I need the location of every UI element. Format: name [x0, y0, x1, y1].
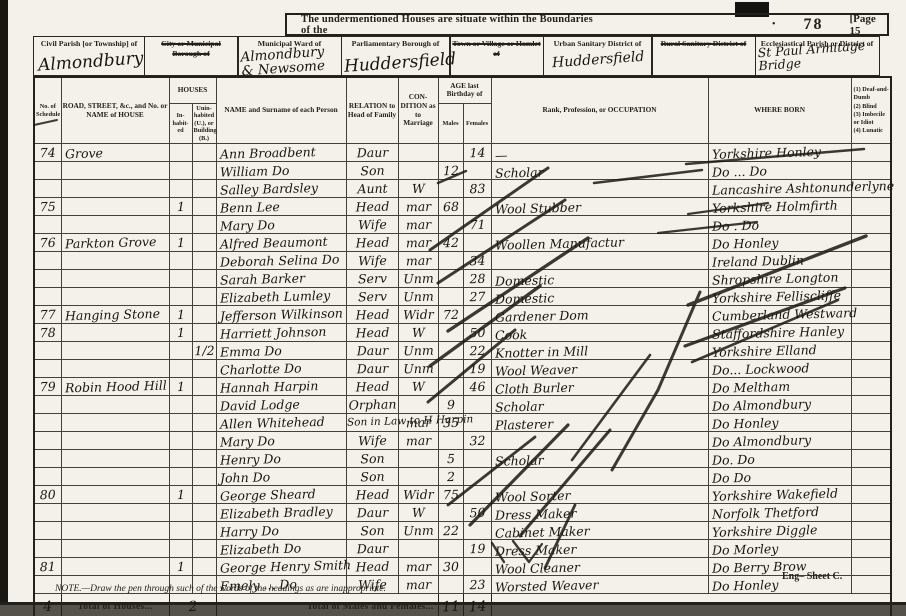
cell-condition: mar — [398, 432, 438, 450]
footnote: NOTE.—Draw the pen through such of the w… — [55, 584, 386, 594]
cell-value — [193, 224, 216, 225]
cell-uninhabited — [192, 450, 216, 468]
cell-age-m: 30 — [438, 558, 463, 576]
cell-value — [62, 223, 169, 226]
cell-uninhabited — [192, 216, 216, 234]
cell-infirmity — [851, 468, 891, 486]
cell-value — [193, 206, 216, 207]
parliamentary-borough-value: Huddersfield — [343, 51, 456, 76]
cell-infirmity — [851, 234, 891, 252]
cell-value: 12 — [438, 164, 462, 178]
cell-value — [170, 530, 192, 531]
municipal-ward-value: Almondbury & Newsome — [240, 45, 342, 79]
total-houses-label: Total of Houses... — [61, 594, 169, 616]
cell-occupation: Domestic — [491, 288, 708, 306]
cell-born: Yorkshire Felliscliffe — [708, 288, 851, 306]
cell-value: George Henry Smith — [216, 559, 345, 575]
cell-relation: Son — [346, 468, 398, 486]
cell-road — [61, 198, 169, 216]
cell-value — [464, 314, 491, 315]
cell-value: 14 — [463, 146, 490, 160]
cell-age-f — [463, 558, 491, 576]
cell-value — [62, 277, 169, 280]
cell-name: Alfred Beaumont — [216, 234, 346, 252]
cell-value: 76 — [35, 236, 61, 250]
rural-sanitary-box: Rural Sanitary District of — [651, 36, 756, 76]
cell-value: Head — [346, 488, 397, 502]
cell-value — [464, 566, 491, 567]
cell-value — [852, 386, 890, 387]
cell-value — [193, 170, 216, 171]
cell-value: Son — [346, 470, 397, 484]
cell-value: Yorkshire Diggle — [708, 522, 850, 539]
cell-condition: mar — [398, 558, 438, 576]
table-row: Charlotte DoDaurUnm19Wool WeaverDo... Lo… — [34, 360, 891, 378]
cell-road: Hanging Stone — [61, 306, 169, 324]
table-row: 76Parkton Grove1Alfred BeaumontHeadmar42… — [34, 234, 891, 252]
cell-age-f: 19 — [463, 360, 491, 378]
cell-value: 75 — [438, 488, 462, 502]
cell-age-m: 72 — [438, 306, 463, 324]
cell-age-m — [438, 288, 463, 306]
cell-inhabited: 1 — [169, 234, 192, 252]
cell-value: Do. Do — [708, 450, 850, 467]
cell-value: mar — [398, 578, 437, 592]
cell-age-f: 27 — [463, 288, 491, 306]
cell-occupation: Scholar — [491, 396, 708, 414]
cell-infirmity — [851, 396, 891, 414]
cell-condition: W — [398, 504, 438, 522]
cell-value — [852, 368, 890, 369]
cell-inhabited: 1 — [169, 378, 192, 396]
cell-infirmity — [851, 558, 891, 576]
cell-value: Domestic — [491, 287, 707, 306]
header-schedule: No. of Schedule — [34, 77, 61, 144]
cell-age-m — [438, 504, 463, 522]
cell-road — [61, 252, 169, 270]
cell-value: Unm — [398, 272, 437, 286]
cell-value: 83 — [463, 182, 490, 196]
cell-value: Do... Lockwood — [708, 360, 850, 377]
cell-road — [61, 558, 169, 576]
cell-value: Do Honley — [708, 414, 850, 431]
table-row: Sarah BarkerServUnm28DomesticShropshire … — [34, 270, 891, 288]
cell-condition: mar — [398, 414, 438, 432]
cell-value — [193, 530, 216, 531]
cell-inhabited — [169, 468, 192, 486]
cell-value — [852, 242, 890, 243]
cell-born: Do Honley — [708, 234, 851, 252]
cell-age-f: 32 — [463, 432, 491, 450]
location-header: Civil Parish [or Township] of Almondbury… — [33, 36, 890, 76]
cell-born: Cumberland Westward — [708, 306, 851, 324]
cell-value: Dress Maker — [491, 539, 707, 558]
cell-schedule — [34, 504, 61, 522]
cell-occupation: Cook — [491, 324, 708, 342]
cell-value — [62, 421, 169, 424]
total-males-cell: 11 — [438, 594, 463, 616]
cell-value — [852, 458, 890, 459]
table-row: Henry DoSon5ScholarDo. Do — [34, 450, 891, 468]
cell-age-m — [438, 576, 463, 594]
cell-inhabited — [169, 144, 192, 162]
cell-value — [439, 260, 463, 261]
cell-value — [35, 422, 60, 423]
cell-age-f — [463, 396, 491, 414]
cell-age-m — [438, 270, 463, 288]
cell-occupation — [491, 180, 708, 198]
cell-value: mar — [398, 200, 437, 214]
cell-value: 74 — [35, 146, 61, 160]
cell-value: Unm — [398, 344, 437, 358]
cell-value — [193, 188, 216, 189]
cell-inhabited: 1 — [169, 486, 192, 504]
cell-value — [193, 566, 216, 567]
cell-inhabited — [169, 396, 192, 414]
cell-value — [193, 368, 216, 369]
cell-name: Emma Do — [216, 342, 346, 360]
cell-value: Ireland Dublin — [708, 252, 850, 269]
header-age: AGE last Birthday of — [438, 77, 491, 103]
cell-occupation: Dress Maker — [491, 540, 708, 558]
cell-relation: Head — [346, 234, 398, 252]
cell-inhabited — [169, 450, 192, 468]
cell-condition — [398, 468, 438, 486]
cell-infirmity — [851, 216, 891, 234]
cell-uninhabited — [192, 324, 216, 342]
cell-relation: Head — [346, 486, 398, 504]
cell-occupation: Dress Maker — [491, 504, 708, 522]
cell-occupation: Cloth Burler — [491, 378, 708, 396]
cell-value: 79 — [35, 380, 61, 394]
cell-age-m: 2 — [438, 468, 463, 486]
scan-edge-left — [0, 0, 8, 616]
cell-uninhabited — [192, 162, 216, 180]
cell-occupation: Worsted Weaver — [491, 576, 708, 594]
cell-condition: Widr — [398, 306, 438, 324]
cell-relation: Aunt — [346, 180, 398, 198]
cell-infirmity — [851, 288, 891, 306]
cell-value: mar — [398, 236, 437, 250]
cell-value — [439, 350, 463, 351]
cell-age-f: 14 — [463, 144, 491, 162]
cell-occupation — [491, 252, 708, 270]
cell-inhabited: 1 — [169, 558, 192, 576]
cell-value — [170, 368, 192, 369]
cell-value: Charlotte Do — [216, 361, 345, 377]
cell-name: George Sheard — [216, 486, 346, 504]
cell-value: 32 — [463, 434, 490, 448]
cell-value: Shropshire Longton — [708, 270, 850, 287]
cell-value: Yorkshire Holmfirth — [708, 198, 850, 215]
cell-value — [439, 548, 463, 549]
cell-value: Worsted Weaver — [491, 575, 707, 594]
cell-schedule: 77 — [34, 306, 61, 324]
cell-uninhabited — [192, 378, 216, 396]
cell-value: Domestic — [491, 269, 707, 288]
municipal-borough-label: City or Municipal Borough of — [145, 37, 238, 58]
cell-name: Benn Lee — [216, 198, 346, 216]
sheet-label: Eng– Sheet C. — [782, 571, 842, 582]
cell-value: Scholar — [491, 395, 707, 414]
cell-condition: mar — [398, 234, 438, 252]
cell-relation: Head — [346, 378, 398, 396]
cell-value: mar — [398, 434, 437, 448]
cell-uninhabited — [192, 234, 216, 252]
cell-value: 28 — [463, 272, 490, 286]
cell-infirmity — [851, 270, 891, 288]
cell-value: Alfred Beaumont — [216, 235, 345, 251]
cell-schedule: 79 — [34, 378, 61, 396]
table-row: Elizabeth BradleyDaurW50Dress MakerNorfo… — [34, 504, 891, 522]
cell-condition — [398, 396, 438, 414]
cell-age-m — [438, 252, 463, 270]
cell-age-m: 42 — [438, 234, 463, 252]
cell-age-m — [438, 540, 463, 558]
cell-value — [193, 404, 216, 405]
census-table-foot: 4 Total of Houses... 2 Total of Males an… — [34, 594, 891, 616]
cell-born: Do ... Do — [708, 162, 851, 180]
cell-value: Deborah Selina Do — [216, 253, 345, 269]
cell-value — [35, 368, 60, 369]
cell-value — [170, 296, 192, 297]
cell-infirmity — [851, 324, 891, 342]
cell-occupation: Scholar — [491, 162, 708, 180]
cell-relation: Serv — [346, 270, 398, 288]
cell-value — [62, 403, 169, 406]
cell-value: Elizabeth Do — [216, 541, 345, 557]
cell-name: Mary Do — [216, 432, 346, 450]
cell-condition — [398, 162, 438, 180]
urban-sanitary-value: Huddersfield — [551, 50, 644, 70]
header-occupation: Rank, Profession, or OCCUPATION — [491, 77, 708, 144]
total-houses-value: 2 — [169, 598, 216, 616]
cell-schedule — [34, 252, 61, 270]
cell-occupation: Knotter in Mill — [491, 342, 708, 360]
cell-infirmity — [851, 414, 891, 432]
cell-value: Widr — [398, 488, 437, 502]
cell-value: 72 — [438, 308, 462, 322]
cell-value: 22 — [438, 524, 462, 538]
cell-value — [464, 530, 491, 531]
cell-age-f: 71 — [463, 216, 491, 234]
cell-value: Plasterer — [491, 413, 707, 432]
cell-value — [439, 296, 463, 297]
cell-value — [62, 547, 169, 550]
cell-occupation: Scholar — [491, 450, 708, 468]
cell-born: Do Almondbury — [708, 432, 851, 450]
cell-value: Jefferson Wilkinson — [216, 307, 345, 323]
cell-value — [399, 152, 438, 153]
cell-value — [852, 170, 890, 171]
cell-age-f — [463, 306, 491, 324]
cell-value: Harriett Johnson — [216, 325, 345, 341]
cell-value — [170, 476, 192, 477]
total-males-value: 11 — [438, 599, 463, 616]
cell-relation: Serv — [346, 288, 398, 306]
total-schedule-value: 4 — [35, 599, 61, 616]
cell-value: Elizabeth Lumley — [216, 289, 345, 305]
cell-age-f — [463, 486, 491, 504]
cell-road — [61, 324, 169, 342]
cell-value — [170, 188, 192, 189]
cell-condition: Unm — [398, 342, 438, 360]
urban-sanitary-label: Urban Sanitary District of — [544, 37, 652, 49]
table-row: Salley BardsleyAuntW83Lancashire Ashtonu… — [34, 180, 891, 198]
cell-value: 1 — [169, 560, 191, 574]
header-relation: RELATION to Head of Family — [346, 77, 398, 144]
cell-age-f: 23 — [463, 576, 491, 594]
cell-value: 35 — [438, 416, 462, 430]
cell-value: Do Meltham — [708, 378, 850, 395]
cell-uninhabited — [192, 360, 216, 378]
cell-inhabited — [169, 216, 192, 234]
cell-born: Do Meltham — [708, 378, 851, 396]
cell-age-f: 28 — [463, 270, 491, 288]
cell-value: Serv — [346, 272, 397, 286]
cell-value: Wool Stubber — [491, 197, 707, 216]
cell-value: Harry Do — [216, 523, 345, 539]
cell-age-f: 83 — [463, 180, 491, 198]
table-row: Deborah Selina DoWifemar34Ireland Dublin — [34, 252, 891, 270]
cell-born: Do Morley — [708, 540, 851, 558]
cell-age-m: 12 — [438, 162, 463, 180]
cell-value: Daur — [346, 542, 397, 556]
cell-born: Yorkshire Diggle — [708, 522, 851, 540]
cell-value: Cook — [491, 323, 707, 342]
cell-inhabited — [169, 504, 192, 522]
cell-uninhabited — [192, 504, 216, 522]
cell-inhabited — [169, 252, 192, 270]
cell-name: Ann Broadbent — [216, 144, 346, 162]
cell-value: Do Morley — [708, 540, 850, 557]
cell-value — [852, 332, 890, 333]
cell-name: Sarah Barker — [216, 270, 346, 288]
cell-inhabited — [169, 270, 192, 288]
cell-born: Yorkshire Wakefield — [708, 486, 851, 504]
cell-value — [193, 296, 216, 297]
cell-value: 34 — [463, 254, 490, 268]
cell-infirmity — [851, 432, 891, 450]
cell-value — [193, 152, 216, 153]
totals-empty-cell — [491, 594, 891, 616]
cell-age-f — [463, 522, 491, 540]
cell-value — [492, 222, 708, 228]
totals-row: 4 Total of Houses... 2 Total of Males an… — [34, 594, 891, 616]
cell-relation: Orphan — [346, 396, 398, 414]
cell-value — [193, 458, 216, 459]
cell-occupation: Gardener Dom — [491, 306, 708, 324]
cell-condition: Unm — [398, 360, 438, 378]
cell-value — [193, 476, 216, 477]
cell-value: Unm — [398, 290, 437, 304]
cell-relation: Son — [346, 522, 398, 540]
cell-infirmity — [851, 162, 891, 180]
cell-value — [62, 187, 169, 190]
cell-age-f — [463, 198, 491, 216]
cell-value: Emma Do — [216, 343, 345, 359]
cell-value — [439, 224, 463, 225]
header-females: Females — [463, 103, 491, 144]
cell-value: Wool Cleaner — [491, 557, 707, 576]
cell-value — [35, 278, 60, 279]
cell-value: Son — [346, 524, 397, 538]
cell-value — [464, 404, 491, 405]
cell-schedule — [34, 162, 61, 180]
cell-value: Sarah Barker — [216, 271, 345, 287]
cell-name: Allen Whitehead — [216, 414, 346, 432]
cell-value — [399, 170, 438, 171]
cell-value: 1 — [169, 488, 191, 502]
table-row: David LodgeOrphan9ScholarDo Almondbury — [34, 396, 891, 414]
cell-value — [852, 152, 890, 153]
parliamentary-borough-label: Parliamentary Borough of — [342, 37, 450, 49]
cell-road: Grove — [61, 144, 169, 162]
cell-occupation: Domestic — [491, 270, 708, 288]
cell-age-m — [438, 180, 463, 198]
cell-value: Mary Do — [216, 217, 345, 233]
cell-age-m — [438, 144, 463, 162]
cell-value: Hannah Harpin — [216, 379, 345, 395]
cell-value: Wool Sorter — [491, 485, 707, 504]
cell-schedule — [34, 396, 61, 414]
cell-name: Deborah Selina Do — [216, 252, 346, 270]
cell-value: Staffordshire Hanley — [708, 324, 850, 341]
cell-value: Daur — [346, 506, 397, 520]
cell-schedule — [34, 342, 61, 360]
cell-schedule: 81 — [34, 558, 61, 576]
cell-relation: Wife — [346, 216, 398, 234]
urban-sanitary-box: Urban Sanitary District of Huddersfield — [543, 36, 653, 76]
cell-uninhabited — [192, 522, 216, 540]
table-row: John DoSon2Do Do — [34, 468, 891, 486]
cell-infirmity — [851, 360, 891, 378]
cell-value — [62, 493, 169, 496]
cell-value — [852, 278, 890, 279]
town-village-label: Town or Village or Hamlet of — [450, 37, 543, 58]
cell-condition — [398, 144, 438, 162]
cell-age-f: 19 — [463, 540, 491, 558]
cell-occupation — [491, 468, 708, 486]
cell-born: Do . Do — [708, 216, 851, 234]
header-condition: CON-DITION as to Marriage — [398, 77, 438, 144]
cell-uninhabited — [192, 540, 216, 558]
cell-value: Head — [346, 380, 397, 394]
cell-value: Dress Maker — [491, 503, 707, 522]
cell-inhabited — [169, 414, 192, 432]
cell-relation: Head — [346, 306, 398, 324]
cell-value: David Lodge — [216, 397, 345, 413]
table-row: Mary DoWifemar71Do . Do — [34, 216, 891, 234]
cell-value — [170, 260, 192, 261]
cell-value: Allen Whitehead — [216, 415, 345, 431]
table-row: William DoSon12ScholarDo ... Do — [34, 162, 891, 180]
cell-name: David Lodge — [216, 396, 346, 414]
census-page: The undermentioned Houses are situate wi… — [0, 0, 906, 616]
cell-value: 27 — [463, 290, 490, 304]
header-males: Males — [438, 103, 463, 144]
cell-uninhabited — [192, 486, 216, 504]
cell-value — [35, 404, 60, 405]
cell-value: Wife — [346, 254, 397, 268]
cell-value: Serv — [346, 290, 397, 304]
table-row: 1/2Emma DoDaurUnm22Knotter in MillYorksh… — [34, 342, 891, 360]
cell-value: Salley Bardsley — [216, 181, 345, 197]
cell-value — [35, 548, 60, 549]
cell-infirmity — [851, 342, 891, 360]
cell-value: Head — [346, 326, 397, 340]
cell-uninhabited: 1/2 — [192, 342, 216, 360]
